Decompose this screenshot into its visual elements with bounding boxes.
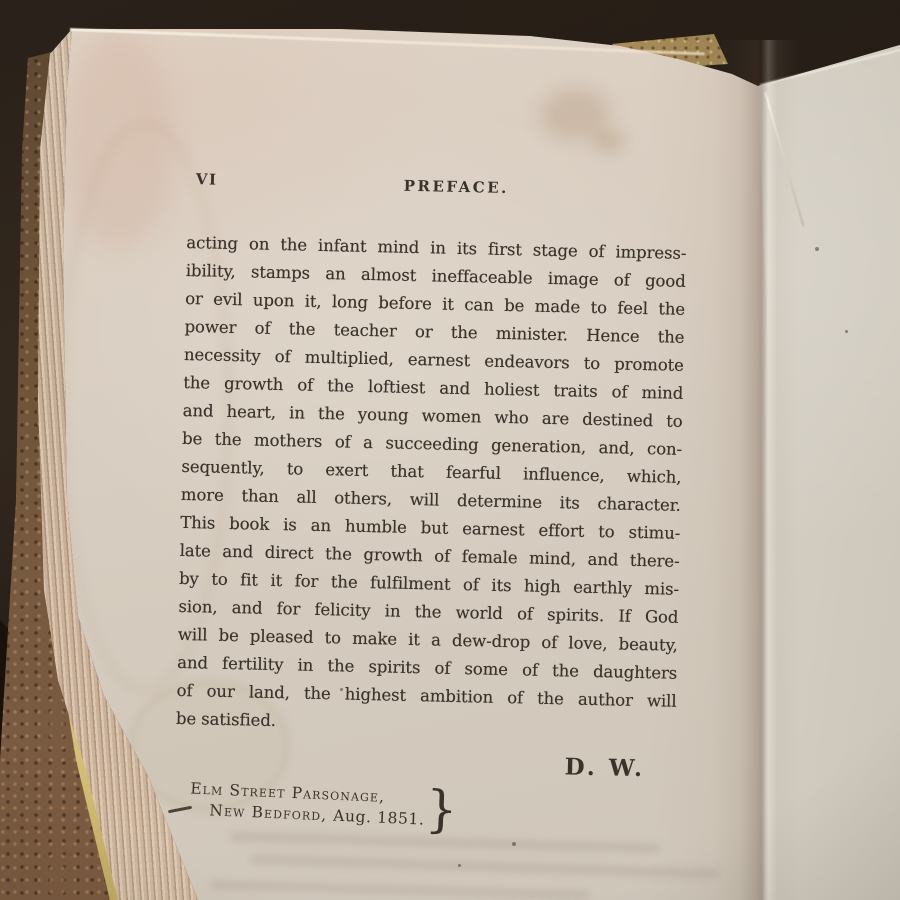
author-initials: D. W. <box>175 745 675 783</box>
dateline-brace: } <box>425 783 459 836</box>
dateline-place: New Bedford, <box>209 801 328 824</box>
paper-speck <box>845 330 848 333</box>
paper-speck <box>815 247 819 251</box>
printed-text-block: VI PREFACE. acting on the infant mind in… <box>174 170 688 831</box>
gutter-shadow <box>712 40 800 900</box>
preface-body: acting on the infant mind in its first s… <box>176 229 687 744</box>
paper-speck <box>458 864 461 867</box>
dateline-date: Aug. 1851. <box>333 807 425 829</box>
book-photo: VI PREFACE. acting on the infant mind in… <box>0 0 900 900</box>
page-number: VI <box>196 170 218 188</box>
paper-speck <box>512 842 516 846</box>
running-header: PREFACE. <box>404 177 510 197</box>
